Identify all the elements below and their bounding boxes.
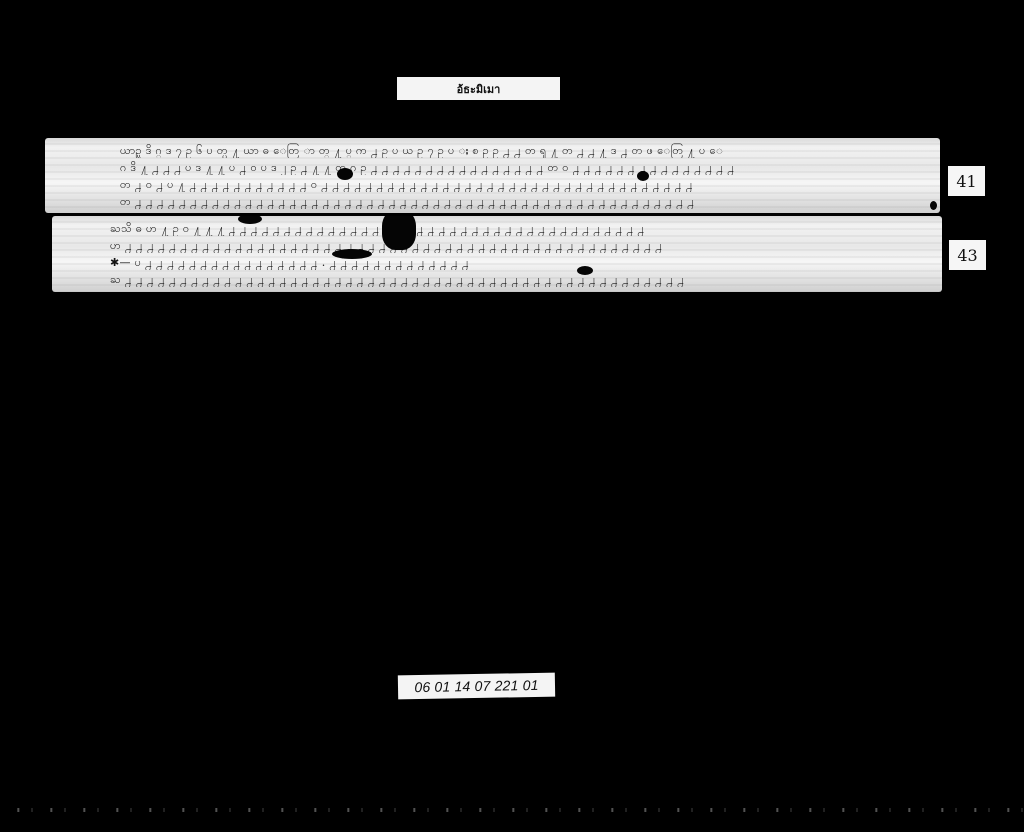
- script-line: ႀ ႕ ႕ ႕ ႕ ႕ ႕ ႕ ႕ ႕ ႕ ႕ ႕ ႕ ႕ ႕ ႕ ႕ ႕ ႕ …: [110, 272, 932, 287]
- folio-number-text: 43: [957, 246, 977, 265]
- folio-text-block: ယာဥ္ပ ဒိ ဂ္ ဒ ၇ ဥ ၆ ပ တ္ပ ႔ ယာ ဓ ေတြ ာ တ…: [120, 143, 930, 209]
- binding-hole-icon: [337, 168, 353, 180]
- folio-number-43: 43: [949, 240, 986, 270]
- binding-hole-icon: [637, 171, 649, 181]
- palm-leaf-folio-41: ယာဥ္ပ ဒိ ဂ္ ဒ ၇ ဥ ၆ ပ တ္ပ ႔ ယာ ဓ ေတြ ာ တ…: [45, 138, 940, 213]
- script-line: ဂ ဒိ ႔ ႕ ႕ ႕ ပ ဒ ႔ ႔ ပ ႕ ဝ ပ ဒ ၂ ဥ ႕ ႔ ႔…: [120, 160, 930, 175]
- manuscript-title-label: อ้ธะมิเมา: [397, 77, 560, 100]
- folio-number-text: 41: [956, 172, 976, 191]
- binding-hole-icon: [332, 249, 372, 259]
- ink-spot-icon: [930, 201, 937, 210]
- binding-hole-icon: [577, 266, 593, 275]
- script-line: ✱— ပ ႕ ႕ ႕ ႕ ႕ ႕ ႕ ႕ ႕ ႕ ႕ ႕ ႕ ႕ ႕ ႕ . ႕…: [110, 255, 932, 270]
- script-line: တ ႕ ႕ ႕ ႕ ႕ ႕ ႕ ႕ ႕ ႕ ႕ ႕ ႕ ႕ ႕ ႕ ႕ ႕ ႕ …: [120, 194, 930, 209]
- folio-number-41: 41: [948, 166, 985, 196]
- palm-leaf-folio-43: ႀသိ ဓ ဟ ႔ ဥ ဝ ႔ ႔ ႔ ႕ ႕ ႕ ႕ ႕ ႕ ႕ ႕ ႕ ႕ …: [52, 216, 942, 292]
- script-line: ႀသိ ဓ ဟ ႔ ဥ ဝ ႔ ႔ ႔ ႕ ႕ ႕ ႕ ႕ ႕ ႕ ႕ ႕ ႕ …: [110, 221, 932, 236]
- script-line: ယာဥ္ပ ဒိ ဂ္ ဒ ၇ ဥ ၆ ပ တ္ပ ႔ ယာ ဓ ေတြ ာ တ…: [120, 143, 930, 158]
- manuscript-title: อ้ธะมิเมา: [457, 80, 501, 98]
- archive-reference-label: 06 01 14 07 221 01: [398, 673, 555, 700]
- folio-text-block: ႀသိ ဓ ဟ ႔ ဥ ဝ ႔ ႔ ႔ ႕ ႕ ႕ ႕ ႕ ႕ ႕ ႕ ႕ ႕ …: [110, 221, 932, 287]
- ink-stain-icon: [382, 216, 416, 250]
- film-edge-noise: [0, 808, 1024, 812]
- script-line: တ ႕ ၀ ႕ ပ ႔ ႕ ႕ ႕ ႕ ႕ ႕ ႕ ႕ ႕ ႕ ႕ ဝ ႕ ႕ …: [120, 177, 930, 192]
- archive-reference-number: 06 01 14 07 221 01: [414, 677, 539, 695]
- script-line: ဟ ႕ ႕ ႕ ႕ ႕ ႕ ႕ ႕ ႕ ႕ ႕ ႕ ႕ ႕ ႕ ႕ ႕ ႕ ႕ …: [110, 238, 932, 253]
